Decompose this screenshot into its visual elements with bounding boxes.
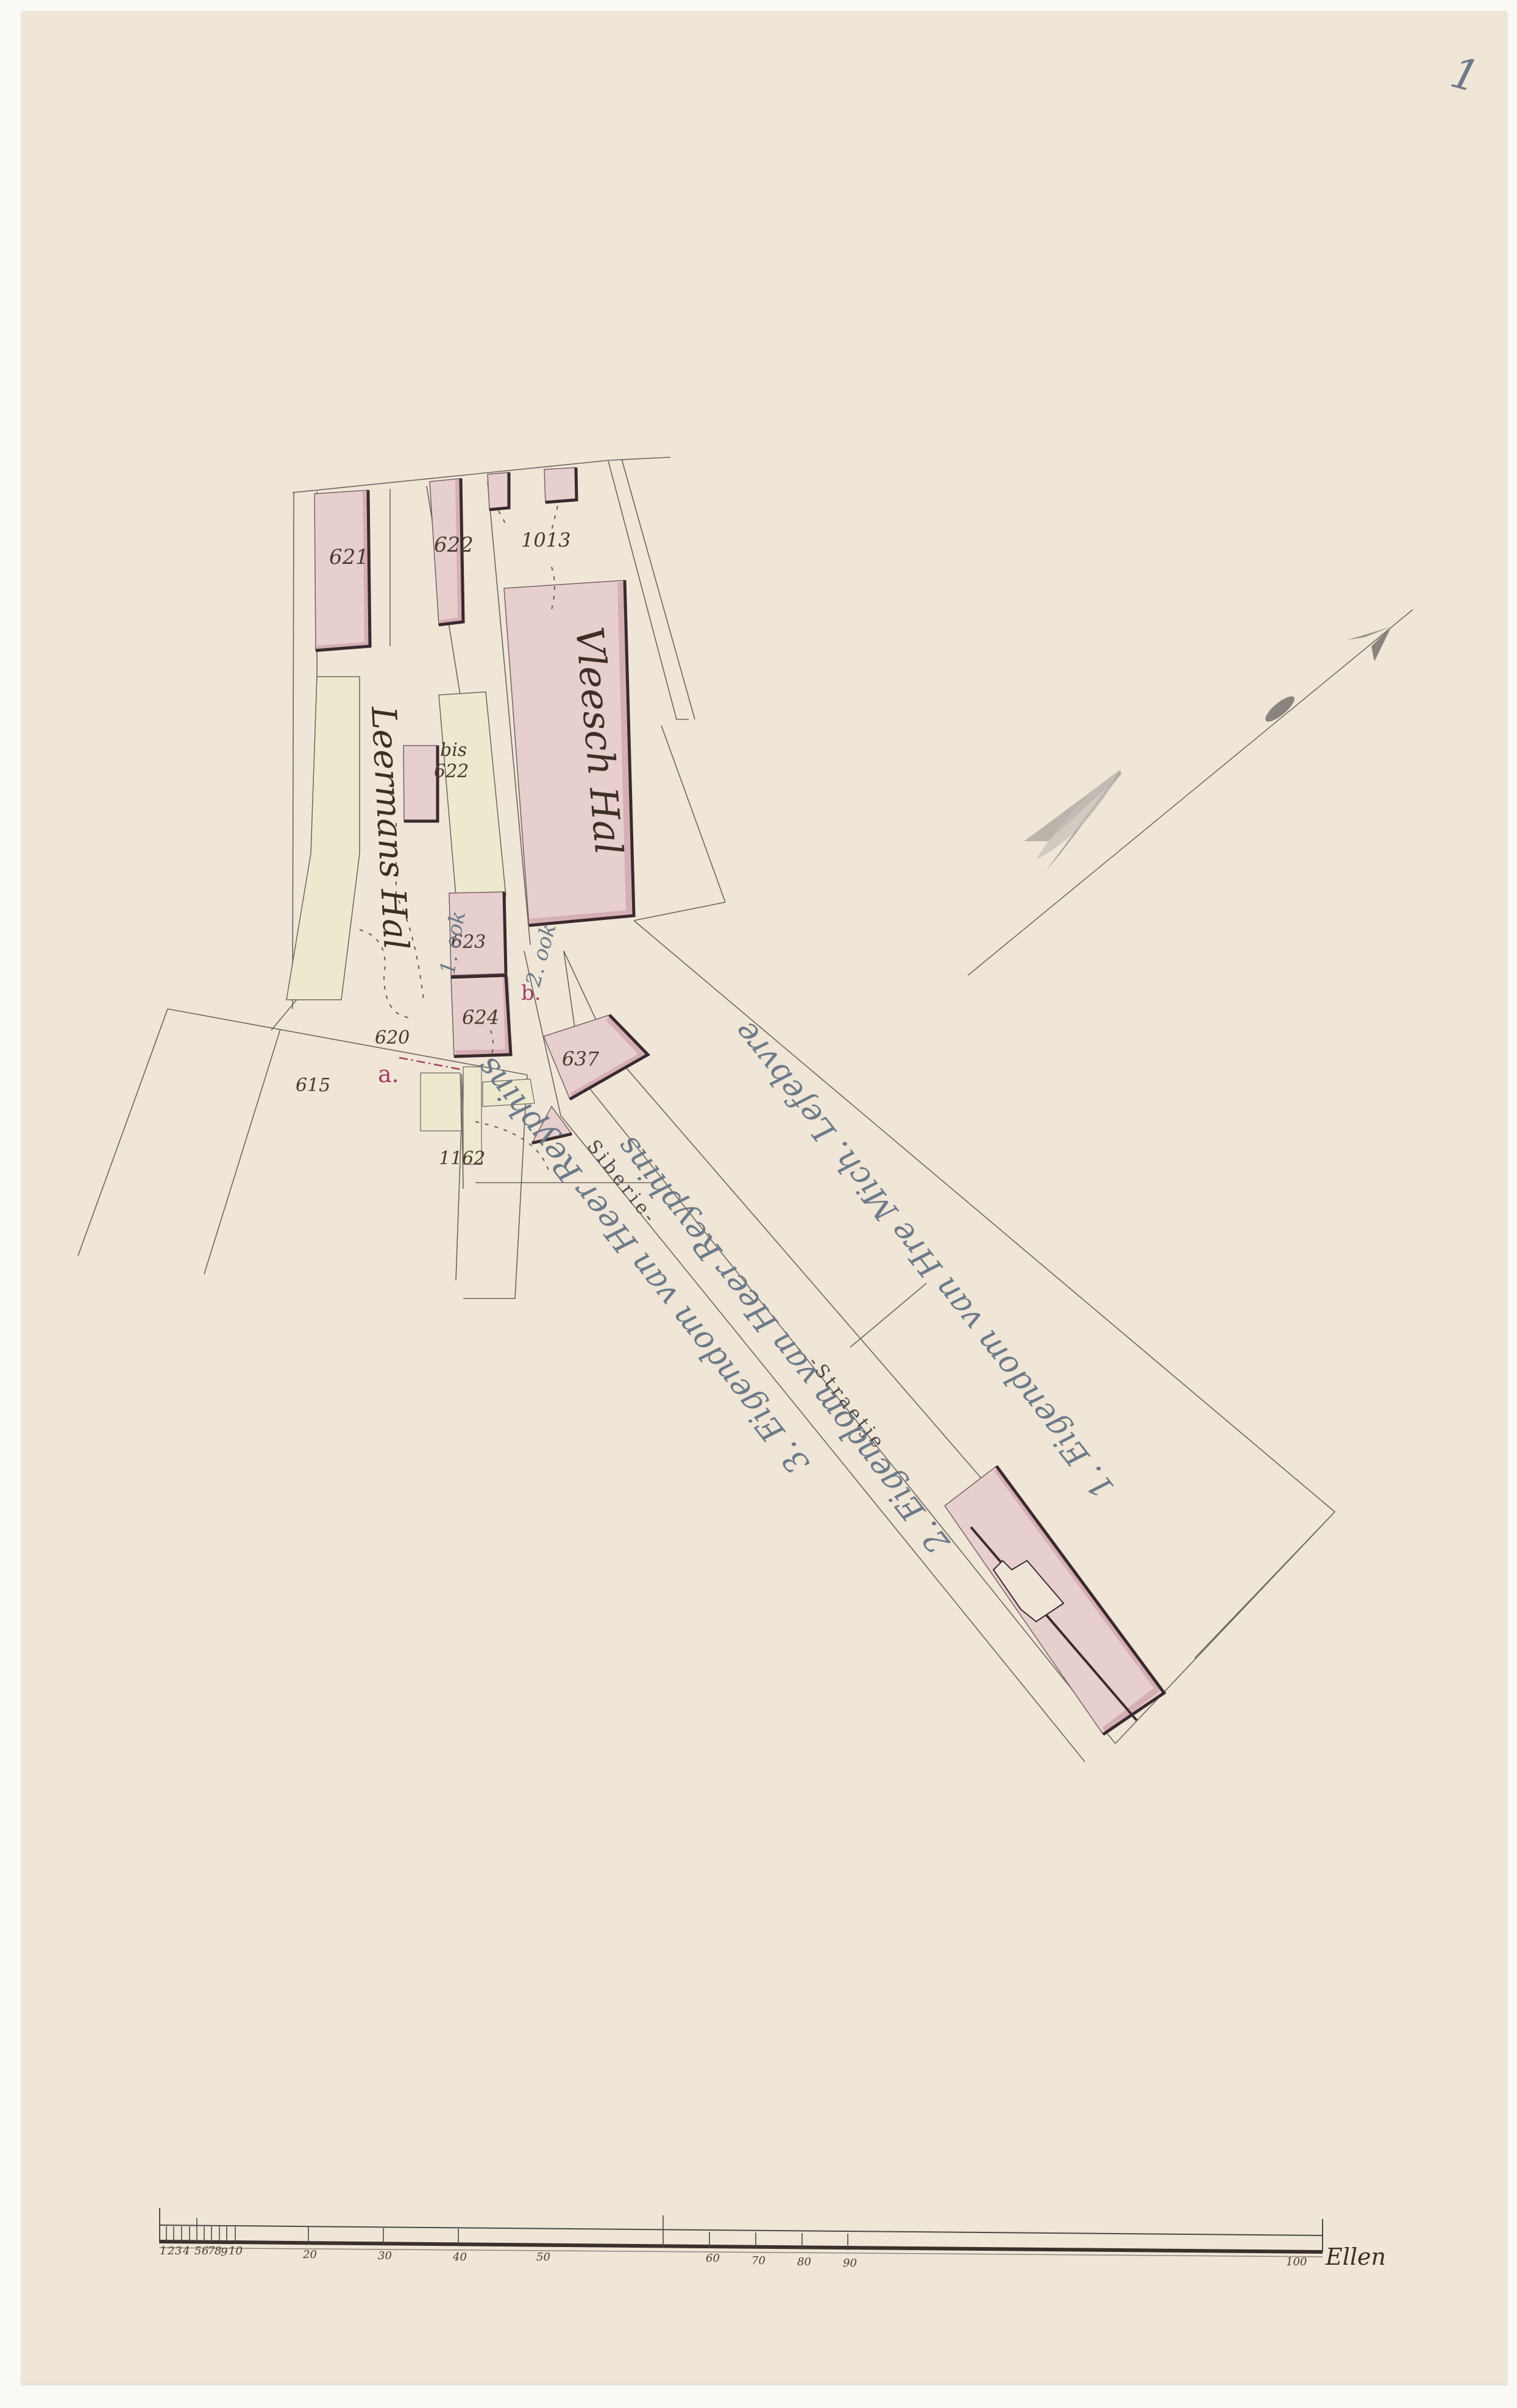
svg-text:2: 2 <box>167 2245 174 2257</box>
parcel-622: 622 <box>434 533 474 557</box>
annotation-near-637: 2. ook <box>521 921 561 990</box>
parcel-621: 621 <box>329 545 369 569</box>
parcel-622bis-line1: bis <box>440 739 467 761</box>
svg-text:30: 30 <box>378 2249 392 2262</box>
parcel-622bis-line2: 622 <box>434 761 469 782</box>
svg-text:5: 5 <box>194 2245 201 2257</box>
svg-text:9: 9 <box>221 2246 227 2259</box>
parcel-624: 624 <box>462 1006 499 1029</box>
svg-text:90: 90 <box>843 2257 857 2270</box>
svg-text:70: 70 <box>751 2254 766 2267</box>
svg-text:60: 60 <box>706 2252 720 2265</box>
leermans-hal-label: Leermans Hal <box>363 705 416 950</box>
svg-text:80: 80 <box>797 2256 811 2268</box>
svg-text:10: 10 <box>229 2245 243 2257</box>
owner-annotation-2: 2. Eigendom van Heer Reyphins <box>609 1129 957 1561</box>
parcel-boundaries <box>78 457 1335 1762</box>
parcel-620: 620 <box>375 1027 410 1049</box>
parcel-1013: 1013 <box>521 529 570 552</box>
svg-text:3: 3 <box>175 2245 182 2257</box>
north-arrow-icon <box>968 610 1413 975</box>
svg-text:1: 1 <box>160 2245 166 2257</box>
owner-annotation-3: 3. Eigendom van Heer Reyphins <box>469 1050 817 1481</box>
svg-text:4: 4 <box>182 2245 190 2257</box>
marker-a: a. <box>378 1061 399 1088</box>
svg-text:100: 100 <box>1286 2256 1307 2268</box>
red-boundary-line <box>399 1058 463 1070</box>
page-number: 1 <box>1446 47 1485 102</box>
parcel-615: 615 <box>296 1075 330 1096</box>
scale-bar <box>160 2208 1323 2257</box>
parcel-637: 637 <box>562 1047 600 1070</box>
cadastral-map: 1 <box>0 0 1517 2408</box>
svg-text:40: 40 <box>452 2251 467 2264</box>
svg-text:20: 20 <box>302 2248 317 2261</box>
svg-text:50: 50 <box>536 2251 550 2264</box>
scale-unit-label: Ellen <box>1325 2243 1386 2270</box>
parcel-1162: 1162 <box>439 1148 485 1169</box>
